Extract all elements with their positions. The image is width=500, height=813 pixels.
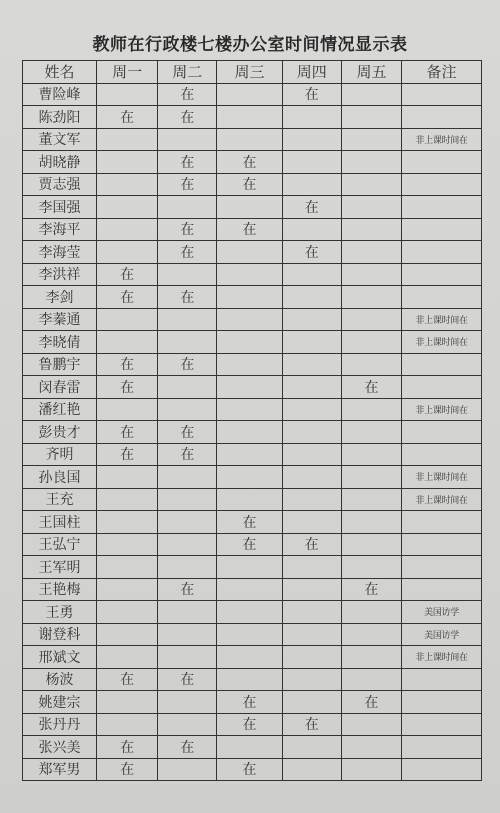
day-cell — [158, 511, 217, 534]
day-cell: 在 — [341, 376, 401, 399]
day-cell — [341, 218, 401, 241]
header-fri: 周五 — [341, 61, 401, 84]
day-cell: 在 — [158, 421, 217, 444]
day-cell — [282, 736, 341, 759]
table-row: 曹险峰在在 — [23, 83, 482, 106]
day-cell: 在 — [341, 691, 401, 714]
teacher-name-cell: 邢斌文 — [23, 646, 97, 669]
day-cell: 在 — [341, 578, 401, 601]
note-cell — [402, 241, 482, 264]
day-cell — [158, 601, 217, 624]
day-cell — [217, 443, 282, 466]
day-cell — [341, 196, 401, 219]
note-cell — [402, 286, 482, 309]
page-title: 教师在行政楼七楼办公室时间情况显示表 — [0, 30, 500, 55]
table-row: 陈劲阳在在 — [23, 106, 482, 129]
teacher-name-cell: 贾志强 — [23, 173, 97, 196]
day-cell — [158, 556, 217, 579]
day-cell — [158, 691, 217, 714]
day-cell: 在 — [158, 173, 217, 196]
teacher-name-cell: 杨波 — [23, 668, 97, 691]
day-cell — [282, 398, 341, 421]
day-cell — [96, 308, 157, 331]
day-cell — [282, 421, 341, 444]
day-cell — [96, 578, 157, 601]
note-cell — [402, 376, 482, 399]
day-cell — [282, 128, 341, 151]
day-cell — [341, 106, 401, 129]
note-cell — [402, 83, 482, 106]
table-row: 李国强在 — [23, 196, 482, 219]
day-cell — [217, 421, 282, 444]
note-cell: 美国访学 — [402, 623, 482, 646]
note-cell — [402, 173, 482, 196]
teacher-name-cell: 李剑 — [23, 286, 97, 309]
day-cell: 在 — [158, 83, 217, 106]
teacher-name-cell: 齐明 — [23, 443, 97, 466]
day-cell — [217, 556, 282, 579]
day-cell — [158, 713, 217, 736]
table-row: 李洪祥在 — [23, 263, 482, 286]
day-cell — [217, 286, 282, 309]
day-cell — [217, 578, 282, 601]
note-cell — [402, 106, 482, 129]
day-cell — [282, 601, 341, 624]
note-cell: 非上课时间在 — [402, 466, 482, 489]
day-cell — [217, 488, 282, 511]
day-cell — [96, 601, 157, 624]
day-cell — [217, 646, 282, 669]
day-cell — [96, 691, 157, 714]
table-row: 李海平在在 — [23, 218, 482, 241]
day-cell — [282, 218, 341, 241]
day-cell: 在 — [158, 443, 217, 466]
day-cell — [341, 556, 401, 579]
day-cell — [282, 353, 341, 376]
day-cell — [217, 466, 282, 489]
teacher-name-cell: 鲁鹏宇 — [23, 353, 97, 376]
day-cell: 在 — [96, 758, 157, 781]
day-cell — [282, 443, 341, 466]
day-cell — [158, 466, 217, 489]
day-cell: 在 — [96, 106, 157, 129]
day-cell — [282, 623, 341, 646]
day-cell — [96, 331, 157, 354]
teacher-name-cell: 张丹丹 — [23, 713, 97, 736]
teacher-name-cell: 董文军 — [23, 128, 97, 151]
day-cell — [217, 623, 282, 646]
day-cell — [96, 218, 157, 241]
note-cell — [402, 691, 482, 714]
day-cell — [341, 263, 401, 286]
table-row: 姚建宗在在 — [23, 691, 482, 714]
day-cell — [158, 623, 217, 646]
note-cell — [402, 443, 482, 466]
teacher-name-cell: 王弘宁 — [23, 533, 97, 556]
table-row: 闵春雷在在 — [23, 376, 482, 399]
day-cell — [341, 421, 401, 444]
teacher-name-cell: 张兴美 — [23, 736, 97, 759]
day-cell: 在 — [217, 691, 282, 714]
day-cell — [158, 758, 217, 781]
day-cell — [282, 488, 341, 511]
day-cell — [158, 331, 217, 354]
table-row: 谢登科美国访学 — [23, 623, 482, 646]
day-cell — [217, 376, 282, 399]
table-row: 邢斌文非上课时间在 — [23, 646, 482, 669]
day-cell — [341, 331, 401, 354]
day-cell — [96, 151, 157, 174]
day-cell: 在 — [282, 533, 341, 556]
day-cell — [341, 443, 401, 466]
day-cell — [96, 83, 157, 106]
day-cell — [158, 128, 217, 151]
table-row: 李晓倩非上课时间在 — [23, 331, 482, 354]
day-cell — [282, 286, 341, 309]
day-cell: 在 — [217, 218, 282, 241]
day-cell — [282, 263, 341, 286]
day-cell — [341, 173, 401, 196]
day-cell — [96, 488, 157, 511]
day-cell: 在 — [282, 83, 341, 106]
day-cell — [341, 466, 401, 489]
day-cell — [96, 646, 157, 669]
day-cell — [282, 511, 341, 534]
day-cell: 在 — [96, 286, 157, 309]
day-cell — [217, 83, 282, 106]
day-cell — [217, 668, 282, 691]
day-cell — [341, 758, 401, 781]
table-row: 潘红艳非上课时间在 — [23, 398, 482, 421]
note-cell: 美国访学 — [402, 601, 482, 624]
day-cell: 在 — [96, 263, 157, 286]
day-cell — [341, 601, 401, 624]
day-cell — [341, 488, 401, 511]
day-cell — [282, 173, 341, 196]
day-cell: 在 — [282, 713, 341, 736]
table-row: 郑军男在在 — [23, 758, 482, 781]
day-cell — [282, 646, 341, 669]
teacher-name-cell: 王军明 — [23, 556, 97, 579]
day-cell — [282, 308, 341, 331]
table-body: 曹险峰在在陈劲阳在在董文军非上课时间在胡晓静在在贾志强在在李国强在李海平在在李海… — [23, 83, 482, 781]
day-cell — [282, 331, 341, 354]
day-cell: 在 — [158, 218, 217, 241]
day-cell — [282, 376, 341, 399]
teacher-name-cell: 陈劲阳 — [23, 106, 97, 129]
teacher-name-cell: 李海平 — [23, 218, 97, 241]
day-cell: 在 — [96, 443, 157, 466]
day-cell — [96, 533, 157, 556]
note-cell — [402, 578, 482, 601]
day-cell: 在 — [158, 151, 217, 174]
day-cell — [341, 151, 401, 174]
day-cell: 在 — [217, 173, 282, 196]
day-cell — [282, 151, 341, 174]
teacher-name-cell: 王艳梅 — [23, 578, 97, 601]
teacher-name-cell: 李洪祥 — [23, 263, 97, 286]
day-cell — [282, 691, 341, 714]
table-row: 张丹丹在在 — [23, 713, 482, 736]
day-cell — [96, 128, 157, 151]
table-row: 鲁鹏宇在在 — [23, 353, 482, 376]
day-cell — [341, 83, 401, 106]
teacher-name-cell: 王充 — [23, 488, 97, 511]
day-cell — [158, 376, 217, 399]
teacher-name-cell: 李晓倩 — [23, 331, 97, 354]
note-cell — [402, 533, 482, 556]
header-thu: 周四 — [282, 61, 341, 84]
document-page: 教师在行政楼七楼办公室时间情况显示表 姓名 周一 周二 周三 周四 周五 备注 … — [0, 0, 500, 813]
day-cell: 在 — [158, 668, 217, 691]
table-row: 王勇美国访学 — [23, 601, 482, 624]
note-cell — [402, 511, 482, 534]
day-cell: 在 — [96, 353, 157, 376]
note-cell — [402, 668, 482, 691]
day-cell — [341, 353, 401, 376]
table-row: 王国柱在 — [23, 511, 482, 534]
day-cell — [282, 668, 341, 691]
note-cell — [402, 736, 482, 759]
day-cell: 在 — [96, 376, 157, 399]
table-row: 李海莹在在 — [23, 241, 482, 264]
day-cell — [341, 623, 401, 646]
day-cell: 在 — [158, 286, 217, 309]
day-cell: 在 — [282, 241, 341, 264]
teacher-name-cell: 潘红艳 — [23, 398, 97, 421]
day-cell — [282, 106, 341, 129]
day-cell — [341, 646, 401, 669]
day-cell: 在 — [282, 196, 341, 219]
day-cell — [217, 331, 282, 354]
teacher-name-cell: 李海莹 — [23, 241, 97, 264]
table-row: 张兴美在在 — [23, 736, 482, 759]
note-cell — [402, 151, 482, 174]
day-cell: 在 — [96, 421, 157, 444]
table-row: 贾志强在在 — [23, 173, 482, 196]
note-cell: 非上课时间在 — [402, 646, 482, 669]
day-cell — [96, 556, 157, 579]
table-row: 董文军非上课时间在 — [23, 128, 482, 151]
day-cell — [158, 646, 217, 669]
note-cell: 非上课时间在 — [402, 398, 482, 421]
teacher-name-cell: 闵春雷 — [23, 376, 97, 399]
day-cell: 在 — [217, 758, 282, 781]
note-cell — [402, 263, 482, 286]
note-cell — [402, 421, 482, 444]
day-cell — [217, 106, 282, 129]
day-cell — [158, 488, 217, 511]
day-cell — [217, 353, 282, 376]
teacher-name-cell: 李蓁通 — [23, 308, 97, 331]
note-cell — [402, 758, 482, 781]
day-cell — [341, 713, 401, 736]
teacher-name-cell: 胡晓静 — [23, 151, 97, 174]
day-cell — [341, 398, 401, 421]
table-row: 胡晓静在在 — [23, 151, 482, 174]
day-cell — [217, 308, 282, 331]
table-row: 王军明 — [23, 556, 482, 579]
day-cell — [158, 308, 217, 331]
day-cell: 在 — [217, 713, 282, 736]
day-cell — [96, 511, 157, 534]
day-cell — [341, 668, 401, 691]
note-cell — [402, 196, 482, 219]
day-cell: 在 — [217, 511, 282, 534]
day-cell — [96, 173, 157, 196]
day-cell — [217, 263, 282, 286]
header-note: 备注 — [402, 61, 482, 84]
header-wed: 周三 — [217, 61, 282, 84]
note-cell — [402, 713, 482, 736]
day-cell — [282, 758, 341, 781]
teacher-name-cell: 姚建宗 — [23, 691, 97, 714]
teacher-name-cell: 王勇 — [23, 601, 97, 624]
day-cell — [282, 466, 341, 489]
table-row: 杨波在在 — [23, 668, 482, 691]
note-cell — [402, 353, 482, 376]
day-cell — [217, 196, 282, 219]
note-cell: 非上课时间在 — [402, 308, 482, 331]
teacher-name-cell: 王国柱 — [23, 511, 97, 534]
day-cell — [341, 308, 401, 331]
teacher-name-cell: 谢登科 — [23, 623, 97, 646]
day-cell — [158, 398, 217, 421]
day-cell — [217, 398, 282, 421]
table-row: 彭贵才在在 — [23, 421, 482, 444]
day-cell: 在 — [158, 353, 217, 376]
day-cell — [96, 713, 157, 736]
note-cell — [402, 218, 482, 241]
day-cell — [341, 533, 401, 556]
teacher-name-cell: 李国强 — [23, 196, 97, 219]
note-cell: 非上课时间在 — [402, 331, 482, 354]
day-cell — [158, 196, 217, 219]
table-row: 李蓁通非上课时间在 — [23, 308, 482, 331]
day-cell — [96, 196, 157, 219]
note-cell: 非上课时间在 — [402, 128, 482, 151]
day-cell — [217, 601, 282, 624]
day-cell — [96, 241, 157, 264]
day-cell — [217, 128, 282, 151]
day-cell — [96, 398, 157, 421]
day-cell — [341, 286, 401, 309]
table-row: 李剑在在 — [23, 286, 482, 309]
header-tue: 周二 — [158, 61, 217, 84]
day-cell: 在 — [217, 151, 282, 174]
day-cell: 在 — [96, 736, 157, 759]
header-row: 姓名 周一 周二 周三 周四 周五 备注 — [23, 61, 482, 84]
day-cell: 在 — [217, 533, 282, 556]
day-cell — [341, 511, 401, 534]
day-cell — [341, 241, 401, 264]
table-row: 齐明在在 — [23, 443, 482, 466]
day-cell: 在 — [158, 578, 217, 601]
teacher-name-cell: 孙良国 — [23, 466, 97, 489]
day-cell: 在 — [158, 736, 217, 759]
day-cell — [96, 623, 157, 646]
table-row: 王充非上课时间在 — [23, 488, 482, 511]
day-cell — [158, 263, 217, 286]
note-cell: 非上课时间在 — [402, 488, 482, 511]
header-name: 姓名 — [23, 61, 97, 84]
header-mon: 周一 — [96, 61, 157, 84]
day-cell: 在 — [96, 668, 157, 691]
day-cell — [96, 466, 157, 489]
day-cell — [282, 556, 341, 579]
table-row: 孙良国非上课时间在 — [23, 466, 482, 489]
table-row: 王艳梅在在 — [23, 578, 482, 601]
day-cell — [217, 736, 282, 759]
teacher-name-cell: 郑军男 — [23, 758, 97, 781]
day-cell — [282, 578, 341, 601]
day-cell — [341, 128, 401, 151]
table-row: 王弘宁在在 — [23, 533, 482, 556]
day-cell: 在 — [158, 106, 217, 129]
day-cell — [341, 736, 401, 759]
day-cell — [158, 533, 217, 556]
schedule-table: 姓名 周一 周二 周三 周四 周五 备注 曹险峰在在陈劲阳在在董文军非上课时间在… — [22, 60, 482, 781]
day-cell — [217, 241, 282, 264]
teacher-name-cell: 彭贵才 — [23, 421, 97, 444]
day-cell: 在 — [158, 241, 217, 264]
note-cell — [402, 556, 482, 579]
teacher-name-cell: 曹险峰 — [23, 83, 97, 106]
